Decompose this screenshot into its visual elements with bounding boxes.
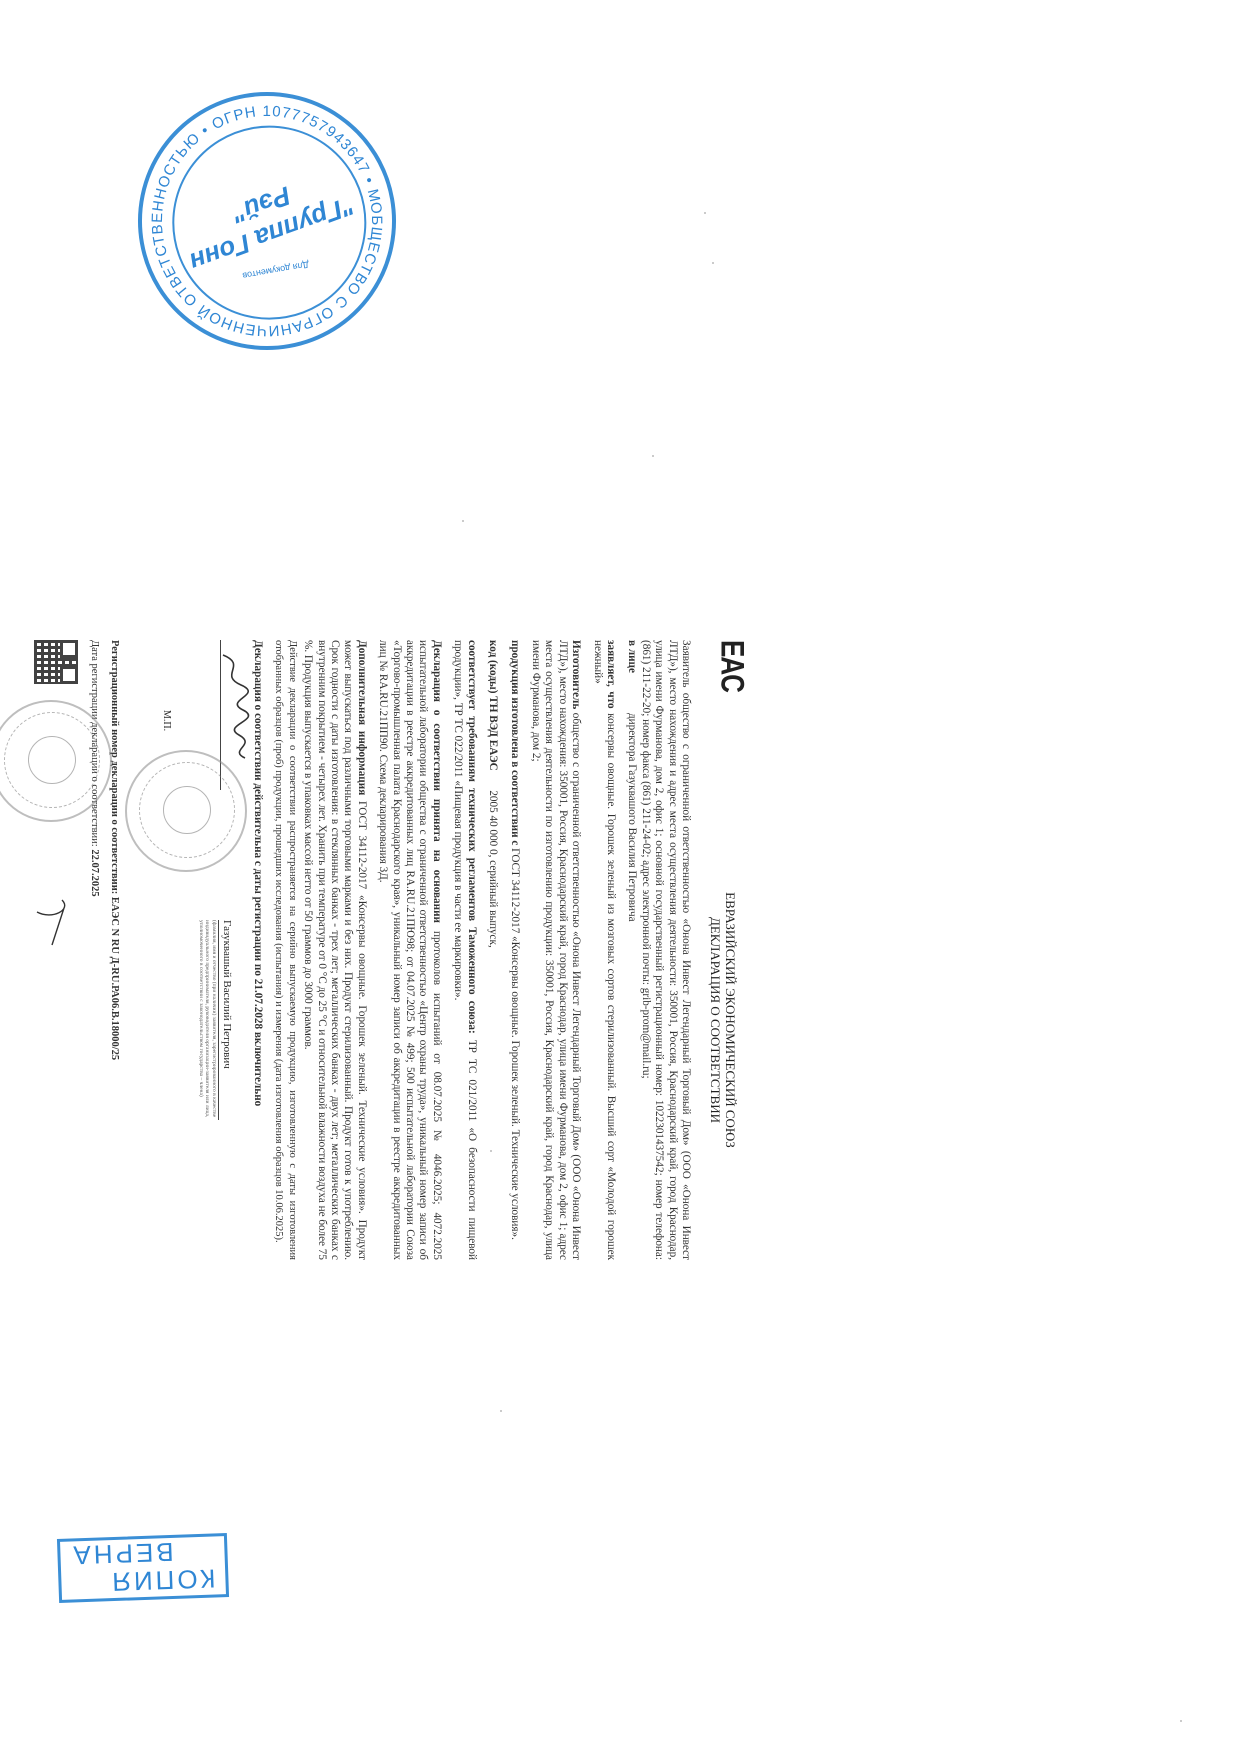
document-title: ДЕКЛАРАЦИЯ О СООТВЕТСТВИИ <box>708 790 723 1250</box>
code-text: , серийный выпуск, <box>487 855 499 948</box>
declaration-header: EAC ЕВРАЗИЙСКИЙ ЭКОНОМИЧЕСКИЙ СОЮЗ ДЕКЛА… <box>692 640 740 1260</box>
applicant-text: Заявитель общество с ограниченной ответс… <box>640 640 692 1260</box>
signatory-note: (фамилия, имя и отчество (при наличии) з… <box>197 920 216 1130</box>
code-label: код (коды) ТН ВЭД ЕАЭС <box>487 640 499 771</box>
registration-number: ЕАЭС N RU Д-RU.РА06.В.18000/25 <box>109 897 120 1060</box>
manufacturer-paragraph: Изготовитель общество с ограниченной отв… <box>529 640 583 1260</box>
represented-label: в лице <box>626 640 638 673</box>
signatory-name: Газуквашый Василий Петрович <box>218 920 232 1120</box>
additional-label: Дополнительная информация <box>356 640 368 795</box>
union-name: ЕВРАЗИЙСКИЙ ЭКОНОМИЧЕСКИЙ СОЮЗ <box>723 790 738 1250</box>
registration-number-line: Регистрационный номер декларации о соотв… <box>107 640 120 1260</box>
declaration-title: ЕВРАЗИЙСКИЙ ЭКОНОМИЧЕСКИЙ СОЮЗ ДЕКЛАРАЦИ… <box>708 790 738 1250</box>
round-seal <box>125 750 247 872</box>
company-stamp: ОБЩЕСТВО С ОГРАНИЧЕННОЙ ОТВЕТСТВЕННОСТЬЮ… <box>118 72 417 371</box>
standard-label: продукция изготовлена в соответствии с <box>509 640 521 845</box>
manufacturer-text: общество с ограниченной ответственностью… <box>530 640 582 1260</box>
qr-code <box>34 640 78 684</box>
conformity-label: соответствует требованиям технических ре… <box>466 640 478 1034</box>
code-paragraph: код (коды) ТН ВЭД ЕАЭС 2005 40 000 0, се… <box>486 640 499 1260</box>
registration-date: 22.07.2025 <box>89 849 100 896</box>
declares-label: заявляет, что <box>605 640 617 709</box>
standard-paragraph: продукция изготовлена в соответствии с Г… <box>507 640 520 1260</box>
basis-paragraph: Декларация о соответствии принята на осн… <box>376 640 443 1260</box>
additional-paragraph: Дополнительная информация ГОСТ 34112-201… <box>301 640 368 1260</box>
validity-paragraph: Декларация о соответствии действительна … <box>251 640 264 1260</box>
signature-scribble <box>213 650 253 760</box>
manufacturer-label: Изготовитель <box>570 640 582 709</box>
basis-label: Декларация о соответствии принята на осн… <box>431 640 443 923</box>
eac-logo: EAC <box>723 640 740 692</box>
copy-certified-stamp: КОПИЯ ВЕРНА <box>57 1533 229 1603</box>
applicant-paragraph: Заявитель общество с ограниченной ответс… <box>625 640 692 1260</box>
second-signature <box>22 890 82 960</box>
declaration-document: EAC ЕВРАЗИЙСКИЙ ЭКОНОМИЧЕСКИЙ СОЮЗ ДЕКЛА… <box>0 640 740 1280</box>
conformity-paragraph: соответствует требованиям технических ре… <box>451 640 478 1260</box>
represented-by: директора Газуквашого Василия Петровича <box>626 713 638 922</box>
standard-text: ГОСТ 34112-2017 «Консервы овощные. Горош… <box>509 848 521 1240</box>
signature-block: Газуквашый Василий Петрович (фамилия, им… <box>123 640 243 1260</box>
code-value: 2005 40 000 0 <box>487 790 499 854</box>
declares-paragraph: заявляет, что консервы овощные. Горошек … <box>590 640 617 1260</box>
product-description: консервы овощные. Горошек зеленый из моз… <box>592 640 617 1260</box>
extension-paragraph: Действие декларации о соответствии распр… <box>272 640 299 1260</box>
extension-text: Действие декларации о соответствии распр… <box>273 640 297 1260</box>
seal-place-label: М.П. <box>159 710 172 731</box>
